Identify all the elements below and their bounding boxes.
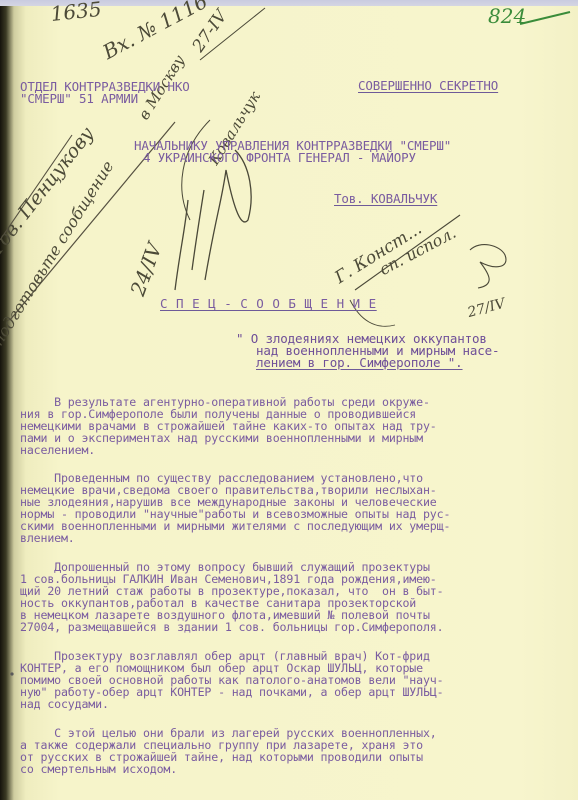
body-line: 27004, размещавшейся в здании 1 сов. бол…	[20, 621, 443, 633]
archive-page-number: 824	[488, 4, 526, 28]
body-line: со смертельным исходом.	[20, 763, 177, 775]
body-line: над сосудами.	[20, 698, 109, 710]
addressee-line-2: 4 УКРАИНСКОГО ФРОНТА ГЕНЕРАЛ - МАЙОРУ	[143, 152, 416, 164]
classification-stamp: СОВЕРШЕННО СЕКРЕТНО	[358, 80, 498, 92]
body-line: влением.	[20, 532, 75, 544]
document-title: С П Е Ц - С О О Б Щ Е Н И Е	[160, 298, 377, 310]
subject-line-3: лением в гор. Симферополе ".	[256, 357, 463, 369]
addressee-name: Тов. КОВАЛЬЧУК	[334, 193, 437, 205]
sender-line-2: "СМЕРШ" 51 АРМИИ	[20, 93, 138, 105]
body-line: скими военнопленными и мирными жителями …	[20, 520, 450, 532]
body-line: населением.	[20, 444, 95, 456]
